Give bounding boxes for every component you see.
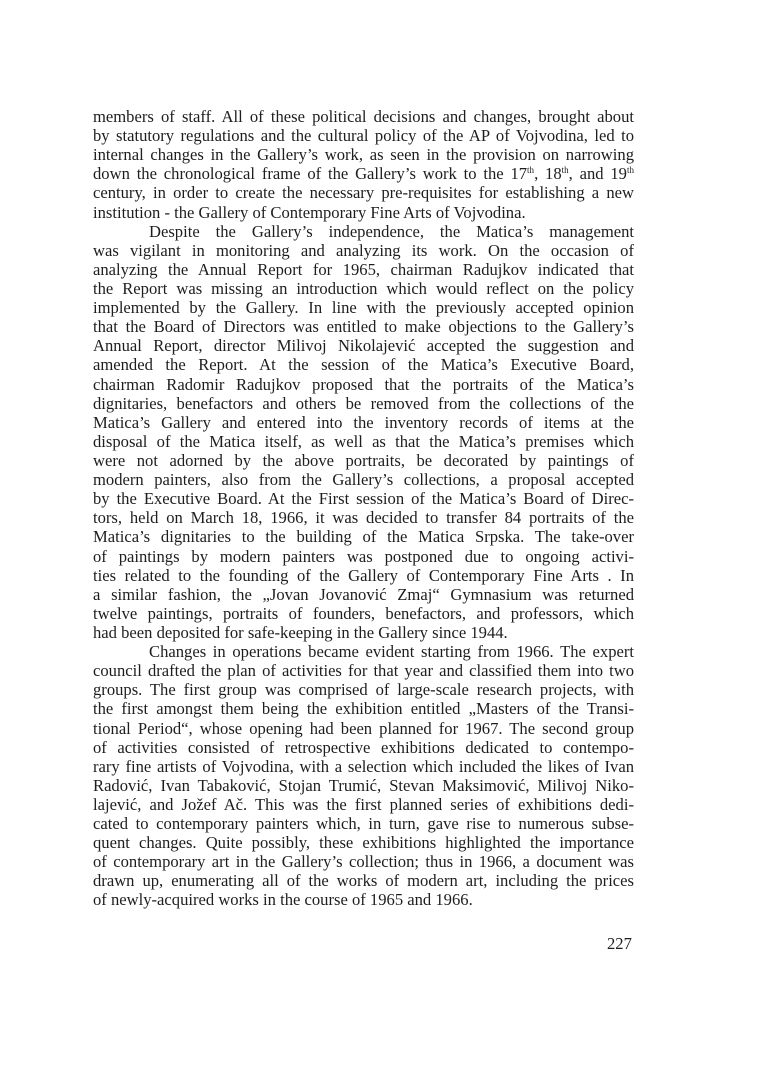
text-line: ties related to the founding of the Gall… <box>93 566 634 585</box>
text-line: tional Period“, whose opening had been p… <box>93 719 634 738</box>
text-line: was vigilant in monitoring and analyzing… <box>93 241 634 260</box>
text-line: Radović, Ivan Tabaković, Stojan Trumić, … <box>93 776 634 795</box>
superscript: th <box>627 165 634 175</box>
text-line: analyzing the Annual Report for 1965, ch… <box>93 260 634 279</box>
text-line: cated to contemporary painters which, in… <box>93 814 634 833</box>
text-line: internal changes in the Gallery’s work, … <box>93 145 634 164</box>
text-line: of activities consisted of retrospective… <box>93 738 634 757</box>
superscript: th <box>562 165 569 175</box>
text-line: institution - the Gallery of Contemporar… <box>93 203 634 222</box>
paragraph-1: members of staff. All of these political… <box>93 107 634 222</box>
text-line: modern painters, also from the Gallery’s… <box>93 470 634 489</box>
text-line: tors, held on March 18, 1966, it was dec… <box>93 508 634 527</box>
body-text: members of staff. All of these political… <box>93 107 634 910</box>
text-line: a similar fashion, the „Jovan Jovanović … <box>93 585 634 604</box>
text-line: members of staff. All of these political… <box>93 107 634 126</box>
text-line: of paintings by modern painters was post… <box>93 547 634 566</box>
text-line: that the Board of Directors was entitled… <box>93 317 634 336</box>
text-line: dignitaries, benefactors and others be r… <box>93 394 634 413</box>
text-line: groups. The first group was comprised of… <box>93 680 634 699</box>
text-line: drawn up, enumerating all of the works o… <box>93 871 634 890</box>
text-line: implemented by the Gallery. In line with… <box>93 298 634 317</box>
text-line: chairman Radomir Radujkov proposed that … <box>93 375 634 394</box>
document-page: members of staff. All of these political… <box>0 0 773 1080</box>
page-number: 227 <box>607 934 632 954</box>
text-fragment: , and 19 <box>569 164 627 183</box>
text-line: were not adorned by the above portraits,… <box>93 451 634 470</box>
text-line: amended the Report. At the session of th… <box>93 355 634 374</box>
text-line: Matica’s dignitaries to the building of … <box>93 527 634 546</box>
text-line: Annual Report, director Milivoj Nikolaje… <box>93 336 634 355</box>
text-line: the Report was missing an introduction w… <box>93 279 634 298</box>
text-fragment: down the chronological frame of the Gall… <box>93 164 527 183</box>
text-line: disposal of the Matica itself, as well a… <box>93 432 634 451</box>
text-line-with-superscripts: down the chronological frame of the Gall… <box>93 164 634 183</box>
text-line: lajević, and Jožef Ač. This was the firs… <box>93 795 634 814</box>
text-line: by statutory regulations and the cultura… <box>93 126 634 145</box>
text-line: twelve paintings, portraits of founders,… <box>93 604 634 623</box>
text-line: Matica’s Gallery and entered into the in… <box>93 413 634 432</box>
text-line: the first amongst them being the exhibit… <box>93 699 634 718</box>
text-line: quent changes. Quite possibly, these exh… <box>93 833 634 852</box>
text-line: century, in order to create the necessar… <box>93 183 634 202</box>
text-line: rary fine artists of Vojvodina, with a s… <box>93 757 634 776</box>
text-line: of newly-acquired works in the course of… <box>93 890 634 909</box>
superscript: th <box>527 165 534 175</box>
text-fragment: , 18 <box>534 164 562 183</box>
text-line: by the Executive Board. At the First ses… <box>93 489 634 508</box>
text-line: had been deposited for safe-keeping in t… <box>93 623 634 642</box>
paragraph-3: Changes in operations became evident sta… <box>93 642 634 910</box>
text-line: of contemporary art in the Gallery’s col… <box>93 852 634 871</box>
paragraph-2: Despite the Gallery’s independence, the … <box>93 222 634 642</box>
text-line: Despite the Gallery’s independence, the … <box>93 222 634 241</box>
text-line: council drafted the plan of activities f… <box>93 661 634 680</box>
text-line: Changes in operations became evident sta… <box>93 642 634 661</box>
